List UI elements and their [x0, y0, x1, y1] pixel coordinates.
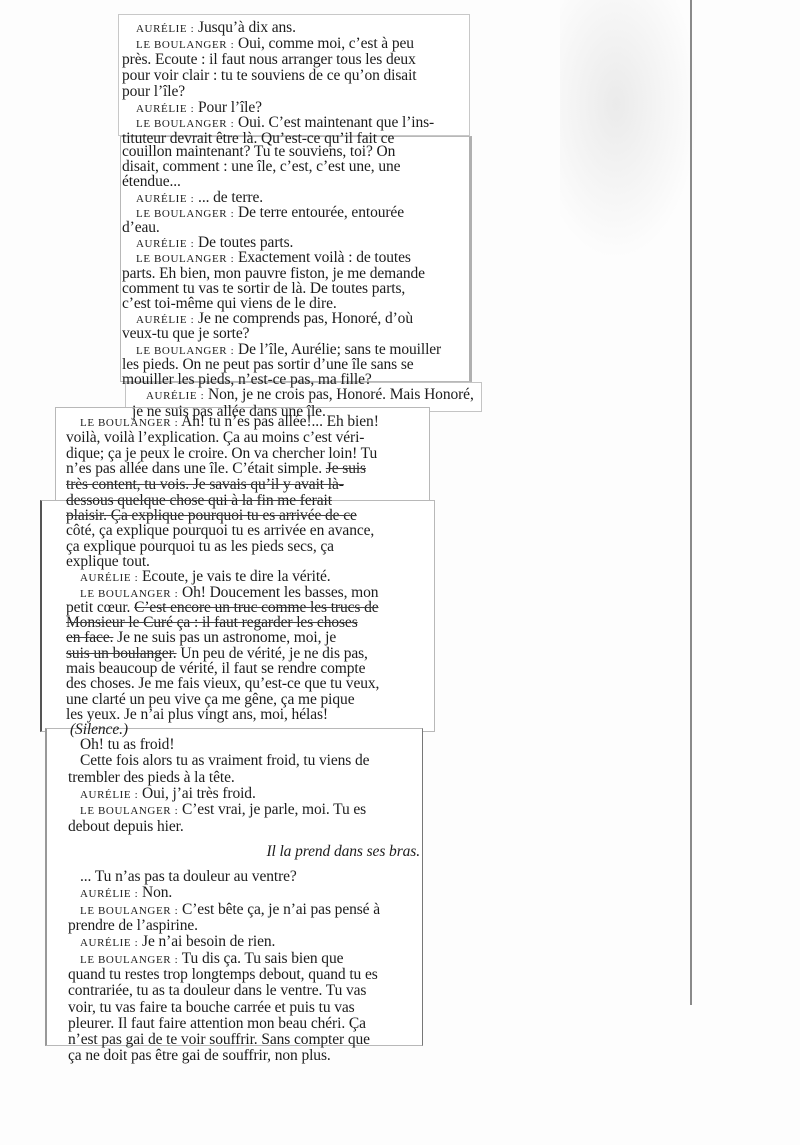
- speaker-name: AURÉLIE :: [136, 238, 194, 250]
- text-line: ... Tu n’as pas ta douleur au ventre?: [80, 868, 297, 885]
- text-line: n’es pas allée dans une île. C’était sim…: [66, 460, 366, 477]
- speaker-name: LE BOULANGER :: [80, 954, 178, 966]
- text-line: pour voir clair : tu te souviens de ce q…: [122, 67, 417, 84]
- speaker-name: LE BOULANGER :: [136, 39, 234, 51]
- speaker-name: AURÉLIE :: [80, 572, 138, 584]
- text-line: n’est pas gai de te voir souffrir. Sans …: [68, 1031, 370, 1048]
- speaker-name: LE BOULANGER :: [136, 253, 234, 265]
- speaker-name: AURÉLIE :: [136, 103, 194, 115]
- text-line: pleurer. Il faut faire attention mon bea…: [68, 1015, 366, 1032]
- page-fold-line: [690, 0, 692, 1005]
- stage-direction: Il la prend dans ses bras.: [68, 843, 420, 860]
- speaker-name: LE BOULANGER :: [80, 588, 178, 600]
- text-line: debout depuis hier.: [68, 818, 184, 835]
- text-line: Cette fois alors tu as vraiment froid, t…: [80, 752, 369, 769]
- struck-text: très content, tu vois. Je savais qu’il y…: [66, 476, 344, 493]
- speaker-name: AURÉLIE :: [80, 937, 138, 949]
- speaker-name: AURÉLIE :: [80, 888, 138, 900]
- text-line: voir, tu vas faire ta bouche carrée et p…: [68, 999, 355, 1016]
- text-line: trembler des pieds à la tête.: [68, 769, 235, 786]
- text-line: dique; ça je peux le croire. On va cherc…: [66, 445, 377, 462]
- text-line: ça ne doit pas être gai de souffrir, non…: [68, 1047, 331, 1064]
- speaker-name: AURÉLIE :: [136, 193, 194, 205]
- text-line: contrariée, tu as ta douleur dans le ven…: [68, 982, 366, 999]
- text-line: prendre de l’aspirine.: [68, 917, 198, 934]
- speaker-name: AURÉLIE :: [80, 789, 138, 801]
- speaker-name: AURÉLIE :: [136, 314, 194, 326]
- text-line: très content, tu vois. Je savais qu’il y…: [66, 476, 344, 493]
- speaker-name: AURÉLIE :: [136, 23, 194, 35]
- speaker-name: LE BOULANGER :: [80, 417, 178, 429]
- speaker-name: AURÉLIE :: [146, 390, 204, 402]
- text-line: quand tu restes trop longtemps debout, q…: [68, 966, 378, 983]
- struck-text: Je suis: [326, 460, 366, 477]
- speaker-name: LE BOULANGER :: [136, 118, 234, 130]
- text-line: voilà, voilà l’explication. Ça au moins …: [66, 429, 364, 446]
- speaker-name: LE BOULANGER :: [136, 345, 234, 357]
- text-line: pour l’île?: [122, 83, 185, 100]
- dialogue-line: LE BOULANGER : De terre entourée, entour…: [136, 204, 404, 223]
- text-line: près. Ecoute : il faut nous arranger tou…: [122, 51, 416, 68]
- scan-smudge: [560, 0, 700, 260]
- speaker-name: LE BOULANGER :: [80, 805, 178, 817]
- speaker-name: LE BOULANGER :: [136, 208, 234, 220]
- text-line: Oh! tu as froid!: [80, 736, 174, 753]
- speaker-name: LE BOULANGER :: [80, 905, 178, 917]
